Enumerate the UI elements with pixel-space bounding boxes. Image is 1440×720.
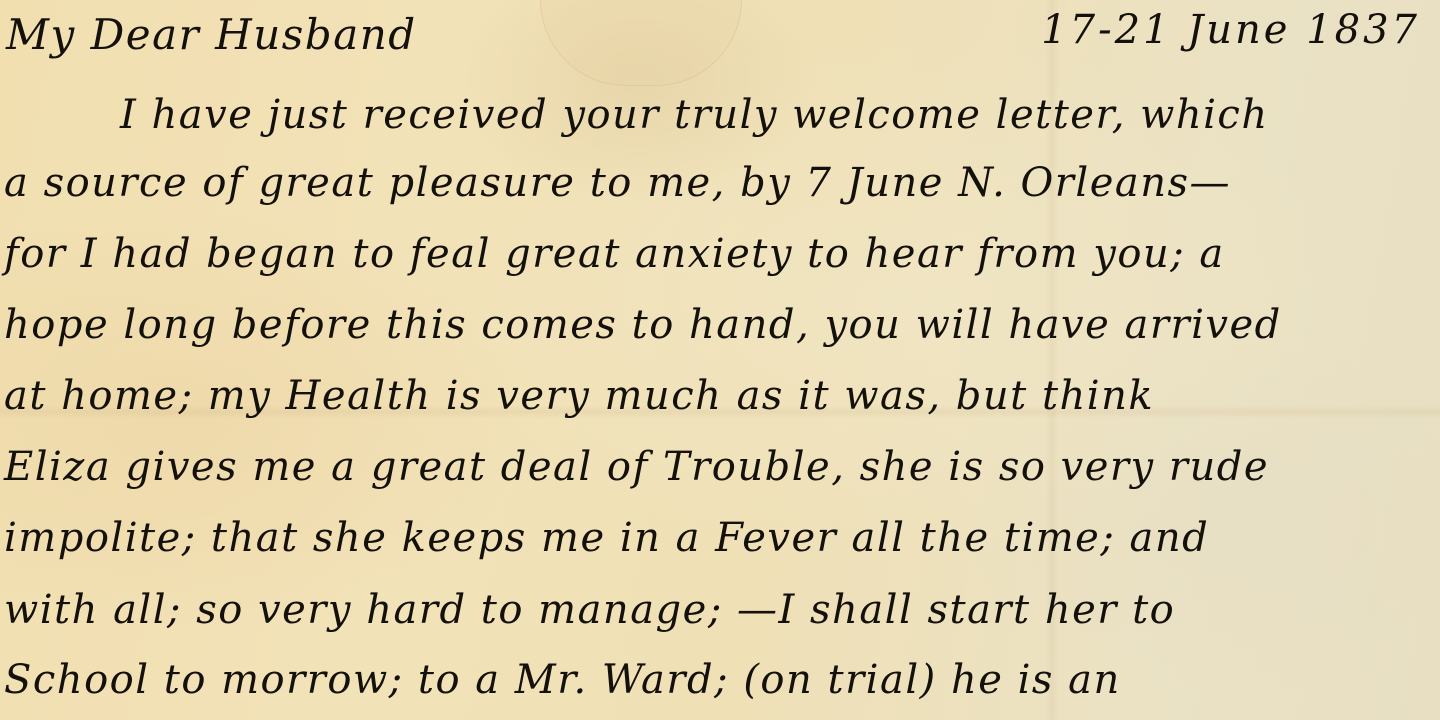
letter-line-3: for I had began to feal great anxiety to… [4, 234, 1225, 274]
letter-line-8: with all; so very hard to manage; —I sha… [4, 590, 1175, 630]
letter-line-6: Eliza gives me a great deal of Trouble, … [4, 447, 1269, 487]
letter-date: 17-21 June 1837 [1041, 10, 1420, 50]
letter-line-1: I have just received your truly welcome … [120, 95, 1269, 135]
letter-line-9: School to morrow; to a Mr. Ward; (on tri… [4, 660, 1121, 700]
letter-salutation: My Dear Husband [6, 14, 417, 56]
letter-line-2: a source of great pleasure to me, by 7 J… [4, 163, 1231, 203]
water-stain [540, 0, 742, 86]
letter-line-7: impolite; that she keeps me in a Fever a… [4, 518, 1209, 558]
letter-line-5: at home; my Health is very much as it wa… [4, 376, 1154, 416]
letter-line-4: hope long before this comes to hand, you… [4, 305, 1282, 345]
